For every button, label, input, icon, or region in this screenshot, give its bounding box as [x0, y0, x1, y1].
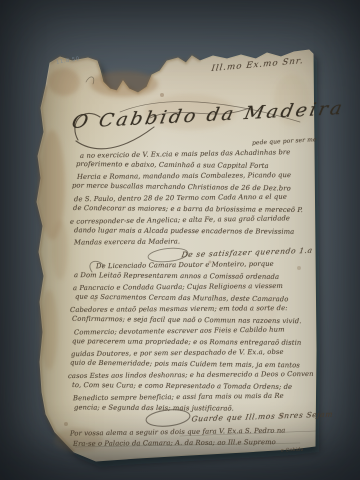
manuscript-photograph: 11.8.50 Ill.mo Ex.mo Snr. O Cabbido da M…	[0, 0, 360, 480]
manuscript-line: gencia; e Segunda das leis; mais justifi…	[74, 403, 234, 412]
manuscript-line: dando lugar mais a Alcada pudesse encade…	[74, 226, 294, 236]
manuscript-line: Mandas exercera da Madeira.	[74, 237, 180, 246]
manuscript-line: que parecerem uma propriedade; e os Roma…	[72, 337, 301, 347]
